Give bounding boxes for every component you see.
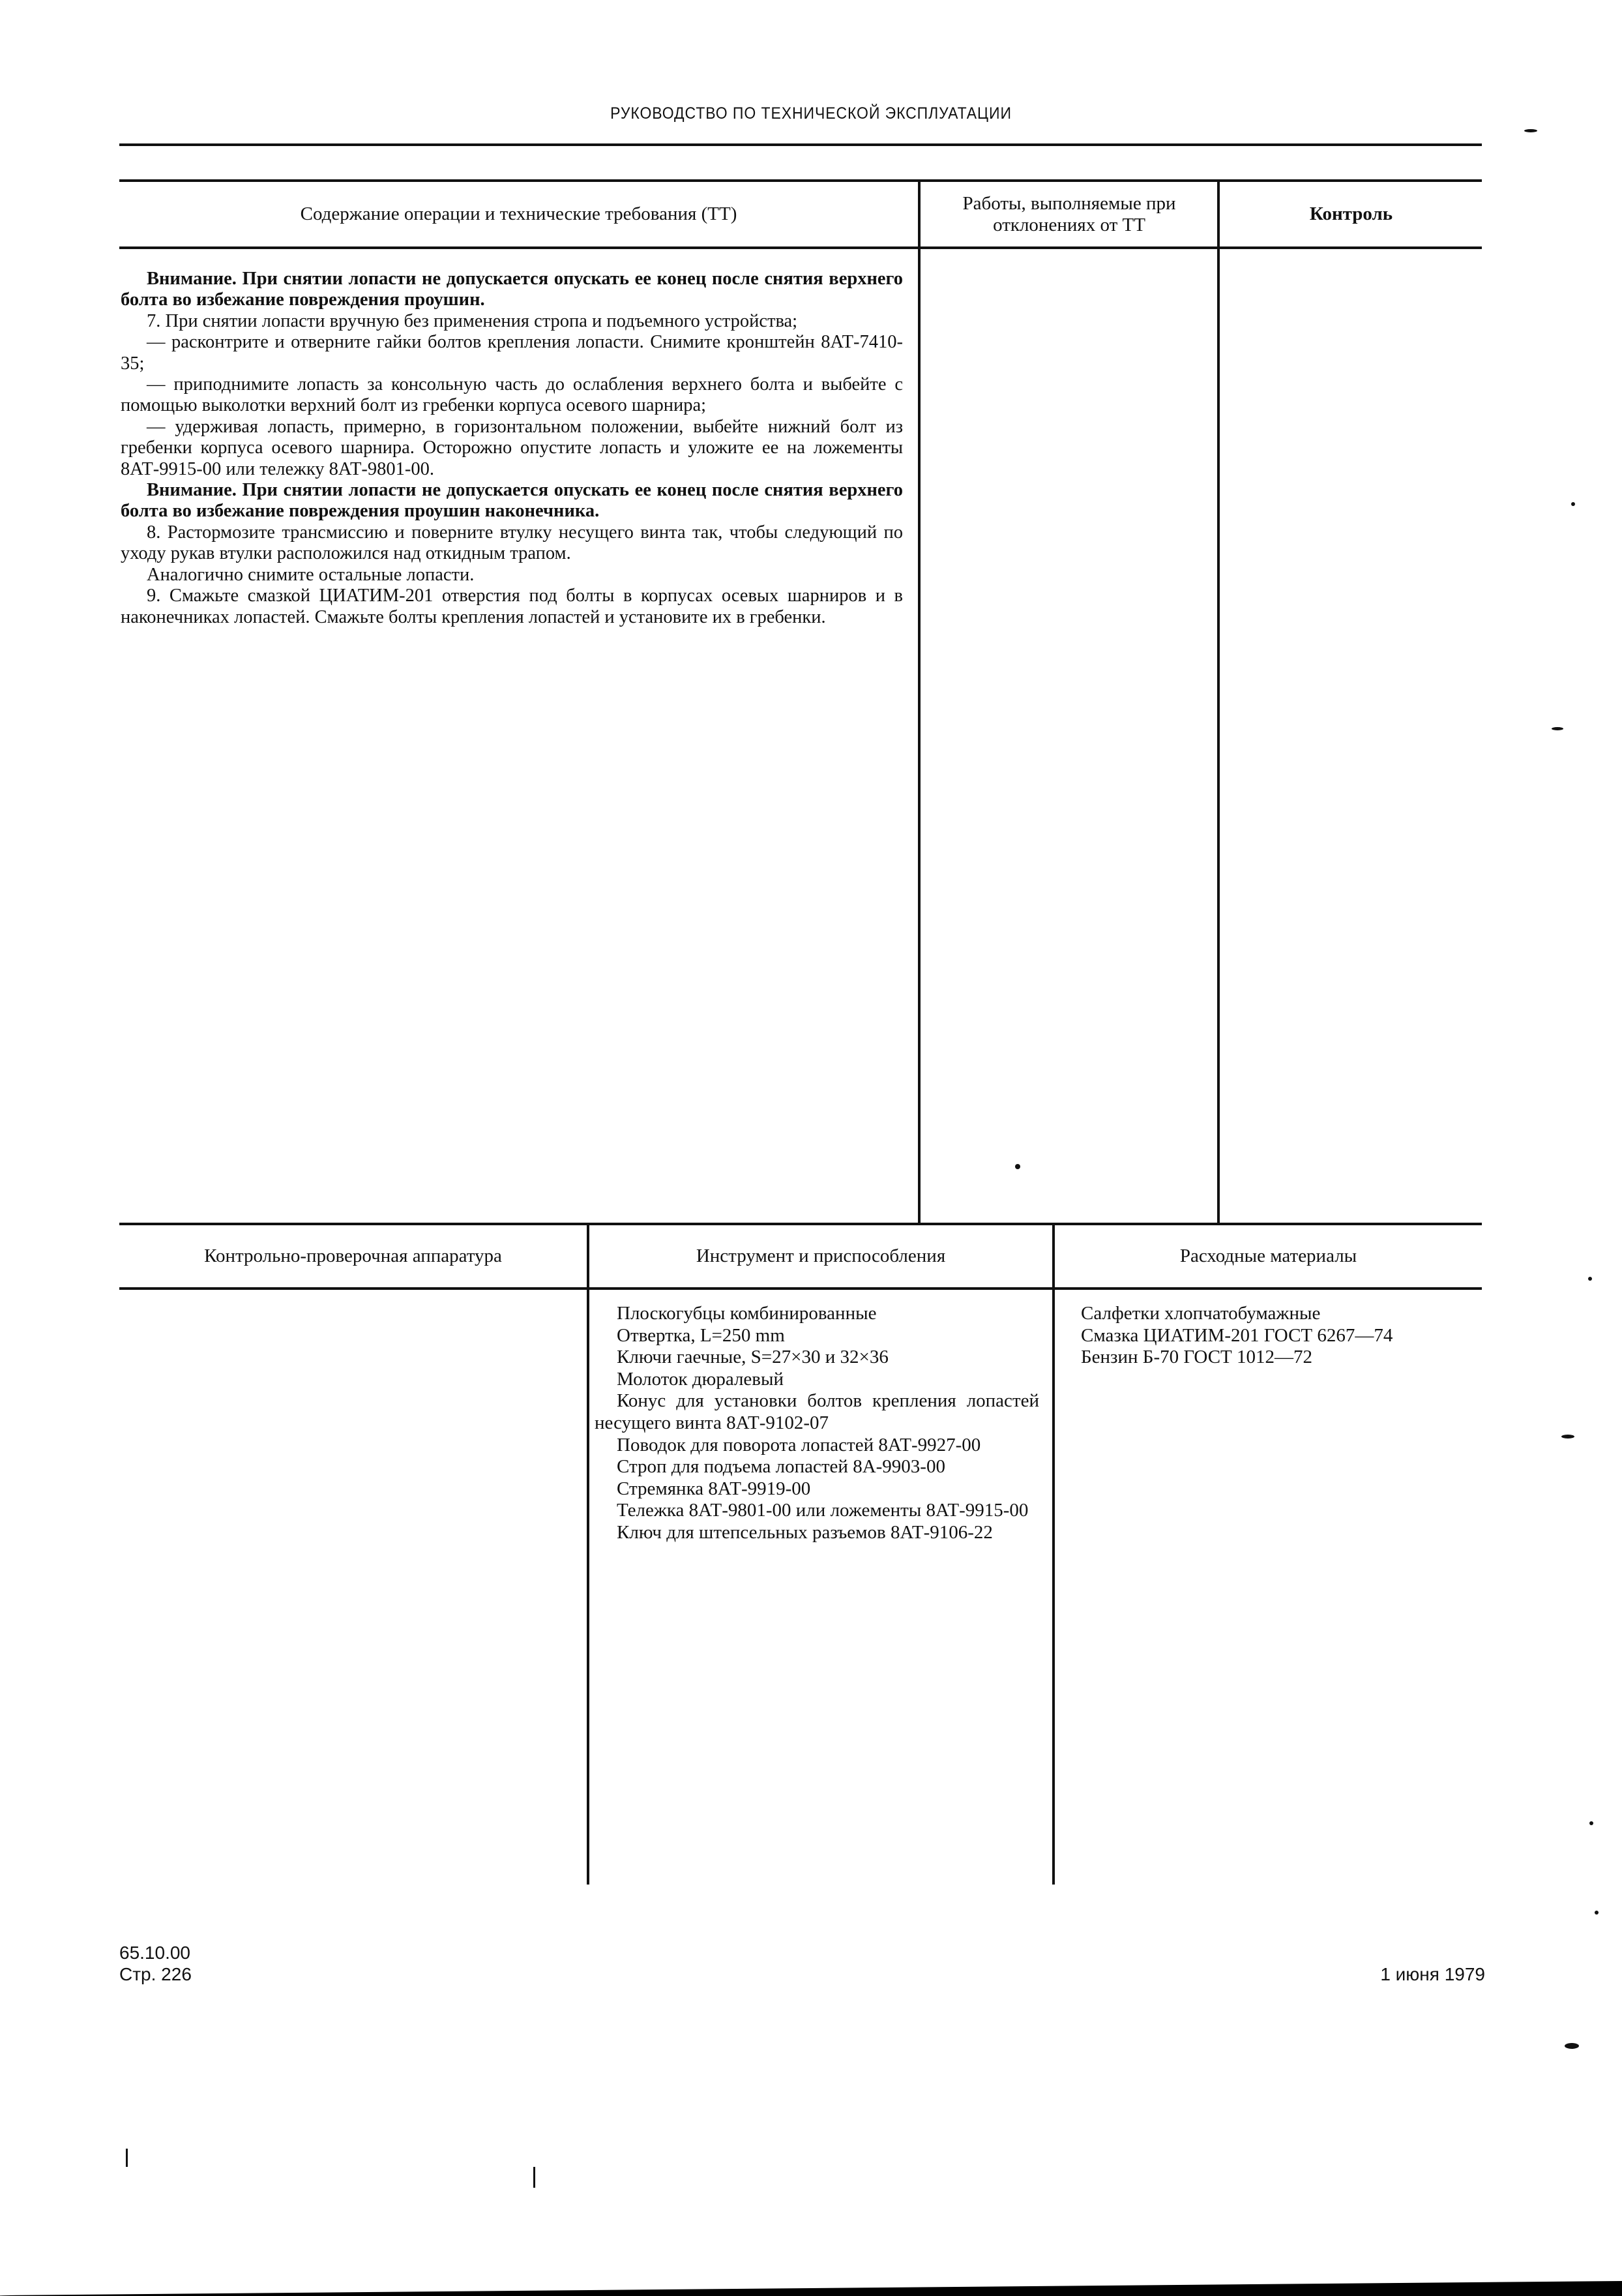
tool-item: Ключ для штепсельных разъемов 8АТ-9106-2… bbox=[595, 1522, 1039, 1544]
step-7: 7. При снятии лопасти вручную без примен… bbox=[121, 311, 903, 332]
page-number: Стр. 226 bbox=[119, 1963, 192, 1985]
deviation-work-cell bbox=[921, 249, 1217, 1224]
scan-mark bbox=[126, 2149, 128, 2167]
scan-speck bbox=[1571, 502, 1575, 506]
step-7-a: — расконтрите и отверните гайки болтов к… bbox=[121, 332, 903, 374]
warning-2: Внимание. При снятии лопасти не допускае… bbox=[121, 480, 903, 522]
step-9: 9. Смажьте смазкой ЦИАТИМ-201 отверстия … bbox=[121, 586, 903, 628]
scan-speck bbox=[1561, 1435, 1574, 1439]
tool-item: Тележка 8АТ-9801-00 или ложементы 8АТ-99… bbox=[595, 1500, 1039, 1522]
section-number: 65.10.00 bbox=[119, 1942, 192, 1963]
scan-speck bbox=[1595, 1911, 1599, 1915]
scan-mark bbox=[533, 2167, 535, 2188]
step-7-b: — приподнимите лопасть за консольную час… bbox=[121, 374, 903, 417]
material-item: Бензин Б-70 ГОСТ 1012—72 bbox=[1059, 1347, 1398, 1369]
upper-header-operation: Содержание операции и технические требов… bbox=[119, 182, 918, 246]
scan-speck bbox=[1524, 129, 1537, 132]
operation-content: Внимание. При снятии лопасти не допускае… bbox=[121, 269, 903, 628]
material-item: Салфетки хлопчатобумажные bbox=[1059, 1303, 1398, 1325]
running-head: РУКОВОДСТВО ПО ТЕХНИЧЕСКОЙ ЭКСПЛУАТАЦИИ bbox=[65, 104, 1557, 123]
equipment-cell bbox=[119, 1290, 587, 1885]
warning-1: Внимание. При снятии лопасти не допускае… bbox=[121, 269, 903, 311]
scan-speck bbox=[1565, 2043, 1579, 2049]
lower-table-divider-2 bbox=[1052, 1224, 1055, 1885]
lower-header-equipment: Контрольно-проверочная аппаратура bbox=[119, 1225, 587, 1287]
scan-speck bbox=[1015, 1164, 1020, 1169]
footer-date: 1 июня 1979 bbox=[1380, 1963, 1485, 1985]
tool-item: Плоскогубцы комбинированные bbox=[595, 1303, 1039, 1325]
lower-header-tools: Инструмент и приспособления bbox=[589, 1225, 1052, 1287]
scan-speck bbox=[1588, 1277, 1592, 1281]
tool-item: Строп для подъема лопастей 8А-9903-00 bbox=[595, 1456, 1039, 1478]
material-item: Смазка ЦИАТИМ-201 ГОСТ 6267—74 bbox=[1059, 1325, 1398, 1347]
step-8-note: Аналогично снимите остальные лопасти. bbox=[121, 565, 903, 586]
lower-header-materials: Расходные материалы bbox=[1055, 1225, 1482, 1287]
tool-item: Поводок для поворота лопастей 8АТ-9927-0… bbox=[595, 1435, 1039, 1457]
footer-left: 65.10.00 Стр. 226 bbox=[119, 1942, 192, 1985]
step-7-c: — удерживая лопасть, примерно, в горизон… bbox=[121, 417, 903, 480]
tool-item: Стремянка 8АТ-9919-00 bbox=[595, 1478, 1039, 1500]
materials-list: Салфетки хлопчатобумажные Смазка ЦИАТИМ-… bbox=[1059, 1303, 1398, 1369]
tool-item: Молоток дюралевый bbox=[595, 1369, 1039, 1391]
upper-header-deviation-work: Работы, выполняемые при отклонениях от Т… bbox=[958, 182, 1180, 246]
tool-item: Отвертка, L=250 mm bbox=[595, 1325, 1039, 1347]
scan-speck bbox=[1589, 1821, 1593, 1825]
scan-speck bbox=[1552, 727, 1563, 730]
tool-item: Конус для установки болтов крепления лоп… bbox=[595, 1390, 1039, 1434]
control-cell bbox=[1220, 249, 1482, 1224]
upper-header-control: Контроль bbox=[1220, 182, 1482, 246]
lower-table-divider-1 bbox=[587, 1224, 589, 1885]
step-8: 8. Растормозите трансмиссию и поверните … bbox=[121, 522, 903, 565]
header-rule bbox=[119, 143, 1482, 146]
scan-edge bbox=[0, 2217, 1622, 2296]
tools-list: Плоскогубцы комбинированные Отвертка, L=… bbox=[595, 1303, 1039, 1544]
tool-item: Ключи гаечные, S=27×30 и 32×36 bbox=[595, 1347, 1039, 1369]
